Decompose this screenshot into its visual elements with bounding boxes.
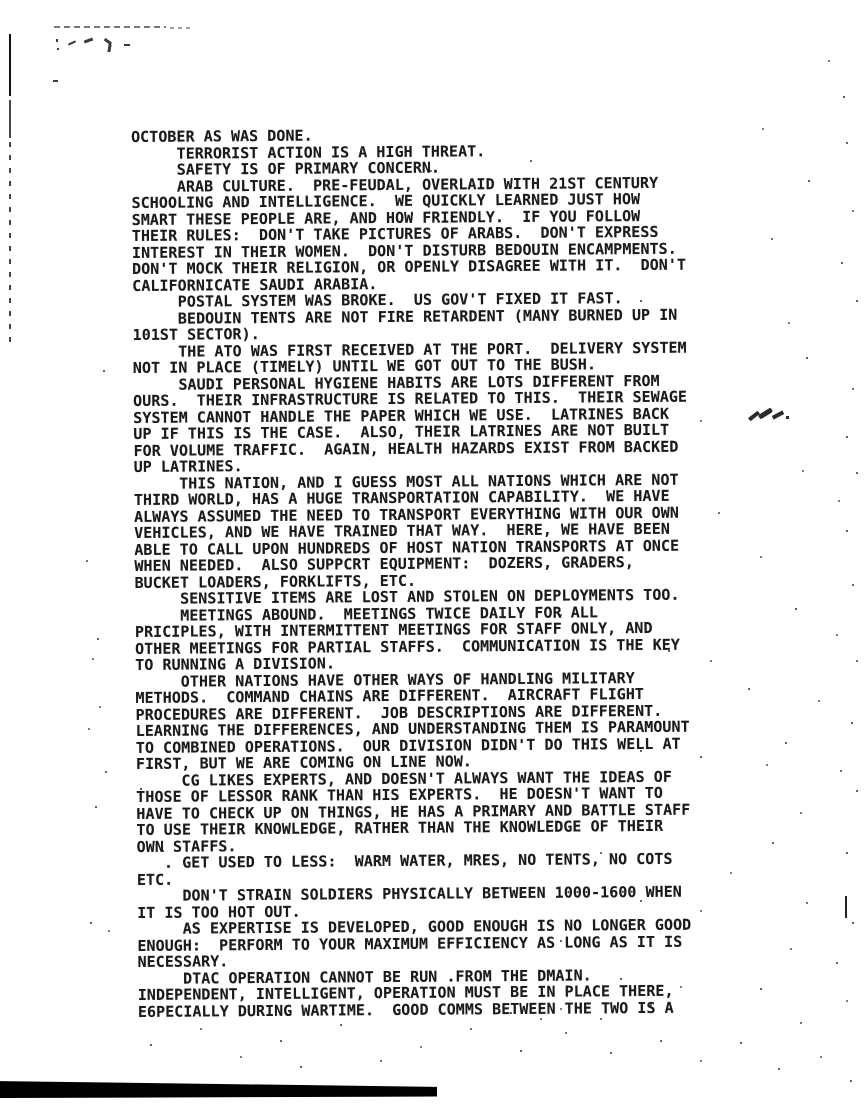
ink-smudge (748, 406, 794, 430)
scan-noise-dots (0, 0, 2, 2)
left-margin-scan-line (9, 34, 11, 96)
ink-smudge-stroke (786, 416, 789, 419)
ink-smudge-stroke (772, 410, 784, 419)
pencil-mark (84, 38, 93, 44)
document-text: OCTOBER AS WAS DONE. TERRORIST ACTION IS… (131, 125, 692, 1020)
pencil-dash-marks (170, 27, 194, 29)
left-margin-scan-line-dashed (9, 142, 11, 342)
pencil-mark (107, 44, 111, 52)
ink-smudge-stroke (758, 407, 773, 419)
scanned-document-page: OCTOBER AS WAS DONE. TERRORIST ACTION IS… (0, 0, 864, 1104)
right-edge-scan-mark (845, 896, 847, 918)
document-line: E6PECIALLY DURING WARTIME. GOOD COMMS BE… (138, 999, 692, 1020)
pencil-mark (124, 44, 130, 46)
pencil-mark (57, 48, 59, 50)
pencil-dash-marks (54, 26, 166, 28)
pencil-mark (53, 80, 58, 82)
pencil-mark (56, 39, 58, 42)
left-margin-scan-line (9, 100, 11, 138)
redaction-bar (0, 1080, 437, 1098)
pencil-mark (68, 40, 76, 45)
